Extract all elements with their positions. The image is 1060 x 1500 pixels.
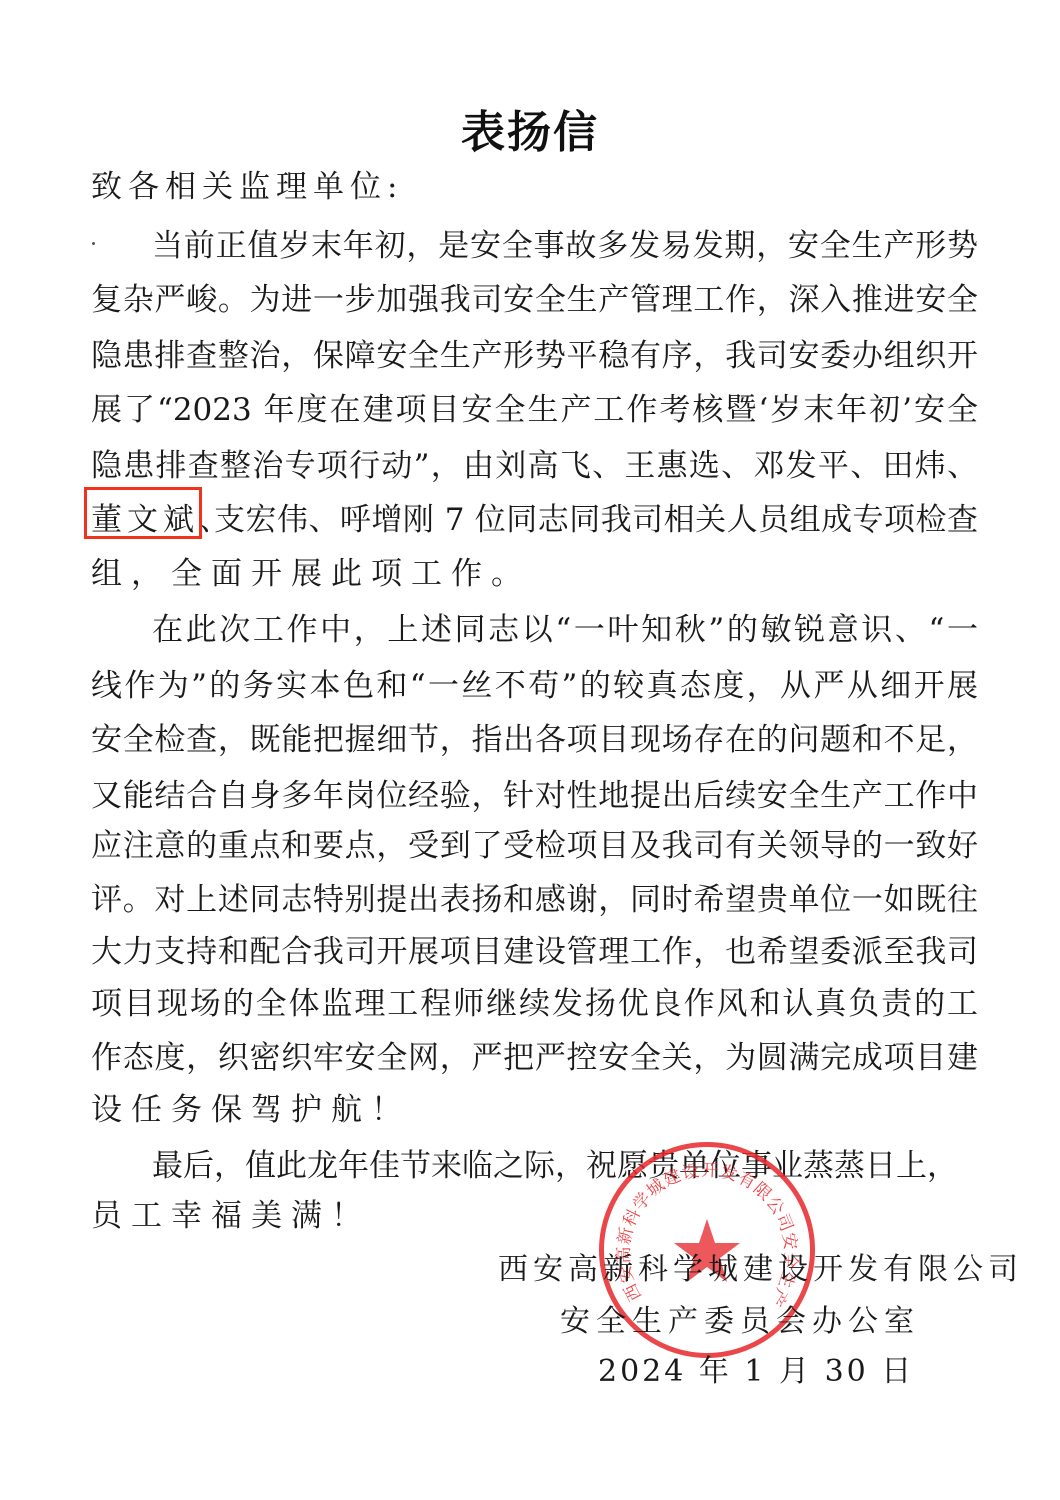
body-line: 组，全面开展此项工作。 [91, 554, 978, 594]
body-line: 项目现场的全体监理工程师继续发扬优良作风和认真负责的工 [91, 984, 978, 1024]
body-line: 设任务保驾护航！ [91, 1090, 978, 1130]
body-line: 展了“2023 年度在建项目安全生产工作考核暨‘岁末年初’安全 [91, 390, 978, 430]
signature-date: 2024 年 1 月 30 日 [598, 1352, 914, 1392]
body-line: 复杂严峻。为进一步加强我司安全生产管理工作，深入推进安全 [91, 280, 978, 320]
body-line: 作态度，织密织牢安全网，严把严控安全关，为圆满完成项目建 [91, 1038, 978, 1078]
body-line: 大力支持和配合我司开展项目建设管理工作，也希望委派至我司 [91, 932, 978, 972]
signature-organization: 西安高新科学城建设开发有限公司 [498, 1250, 1023, 1290]
body-line: 在此次工作中，上述同志以“一叶知秋”的敏锐意识、“一 [152, 610, 978, 650]
highlight-box [84, 487, 202, 539]
body-line: 最后，值此龙年佳节来临之际，祝愿贵单位事业蒸蒸日上， [152, 1146, 942, 1186]
body-line: 安全检查，既能把握细节，指出各项目现场存在的问题和不足， [91, 720, 978, 760]
scan-speck [92, 242, 95, 245]
body-line: 员工幸福美满！ [91, 1196, 978, 1236]
body-line: 隐患排查整治，保障安全生产形势平稳有序，我司安委办组织开 [91, 336, 978, 376]
body-line: 隐患排查整治专项行动”，由刘高飞、王惠选、邓发平、田炜、 [91, 446, 978, 486]
salutation: 致各相关监理单位: [91, 167, 978, 207]
body-line: 又能结合自身多年岗位经验，针对性地提出后续安全生产工作中 [91, 776, 978, 816]
body-line: 评。对上述同志特别提出表扬和感谢，同时希望贵单位一如既往 [91, 880, 978, 920]
letter-title: 表扬信 [0, 96, 1060, 160]
signature-department: 安全生产委员会办公室 [560, 1302, 920, 1342]
body-line: 应注意的重点和要点，受到了受检项目及我司有关领导的一致好 [91, 826, 978, 866]
body-line: 支宏伟、呼增刚 7 位同志同我司相关人员组成专项检查 [214, 500, 978, 540]
body-line: 当前正值岁末年初，是安全事故多发易发期，安全生产形势 [152, 226, 978, 266]
body-line: 线作为”的务实本色和“一丝不苟”的较真态度，从严从细开展 [91, 666, 978, 706]
